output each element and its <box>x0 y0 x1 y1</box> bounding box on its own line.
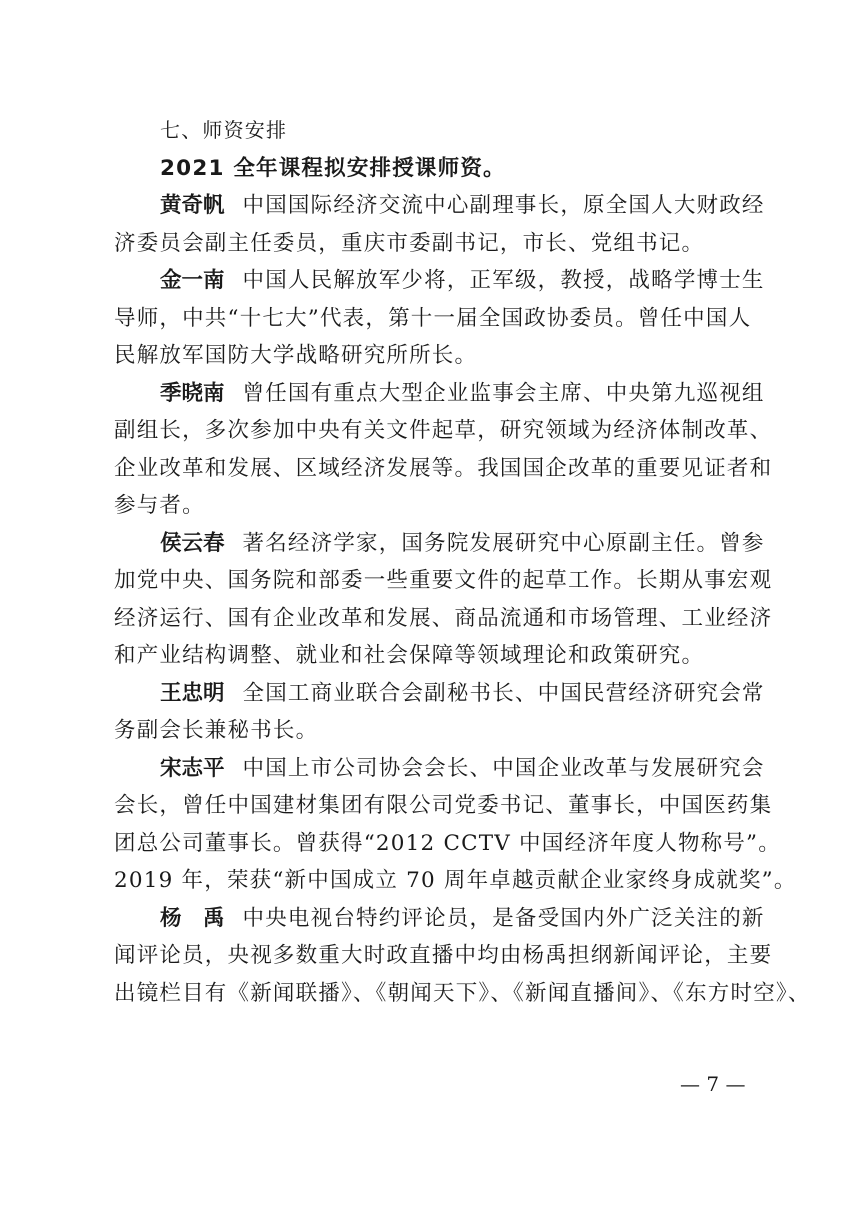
teacher-bio-line: 会长，曾任中国建材集团有限公司党委书记、董事长，中国医药集 <box>114 787 746 825</box>
teacher-bio-line: 参与者。 <box>114 487 746 525</box>
teacher-bio-line: 务副会长兼秘书长。 <box>114 712 746 750</box>
teacher-bio-line: 经济运行、国有企业改革和发展、商品流通和市场管理、工业经济 <box>114 600 746 638</box>
teacher-bio-line: 出镜栏目有《新闻联播》、《朝闻天下》、《新闻直播间》、《东方时空》、 <box>114 975 746 1013</box>
teacher-name: 季晓南 <box>160 381 225 406</box>
teacher-bio-line: 民解放军国防大学战略研究所所长。 <box>114 337 746 375</box>
teacher-name: 王忠明 <box>160 681 225 706</box>
teacher-bio-line: 曾任国有重点大型企业监事会主席、中央第九巡视组 <box>243 381 765 406</box>
teacher-entry-3: 侯云春著名经济学家，国务院发展研究中心原副主任。曾参 加党中央、国务院和部委一些… <box>114 525 746 675</box>
teacher-bio-line: 中国上市公司协会会长、中国企业改革与发展研究会 <box>243 756 765 781</box>
teacher-name: 杨 禹 <box>160 906 225 931</box>
teacher-bio-line: 团总公司董事长。曾获得“2012 CCTV 中国经济年度人物称号”。 <box>114 825 746 863</box>
teacher-bio-line: 副组长，多次参加中央有关文件起草，研究领域为经济体制改革、 <box>114 412 746 450</box>
teacher-entry-1: 金一南中国人民解放军少将，正军级，教授，战略学博士生 导师，中共“十七大”代表，… <box>114 262 746 375</box>
teacher-name: 金一南 <box>160 268 225 293</box>
intro-line: 2021 全年课程拟安排授课师资。 <box>114 150 746 188</box>
document-page: 七、师资安排 2021 全年课程拟安排授课师资。 黄奇帆中国国际经济交流中心副理… <box>114 112 746 1012</box>
teacher-name: 宋志平 <box>160 756 225 781</box>
section-heading: 七、师资安排 <box>114 112 746 150</box>
teacher-bio-line: 和产业结构调整、就业和社会保障等领域理论和政策研究。 <box>114 637 746 675</box>
teacher-entry-4: 王忠明全国工商业联合会副秘书长、中国民营经济研究会常 务副会长兼秘书长。 <box>114 675 746 750</box>
teacher-bio-line: 著名经济学家，国务院发展研究中心原副主任。曾参 <box>243 531 765 556</box>
teacher-name: 侯云春 <box>160 531 225 556</box>
teacher-name: 黄奇帆 <box>160 193 225 218</box>
teacher-entry-6: 杨 禹中央电视台特约评论员，是备受国内外广泛关注的新 闻评论员，央视多数重大时政… <box>114 900 746 1013</box>
page-number: — 7 — <box>680 1072 745 1096</box>
teacher-bio-line: 中国国际经济交流中心副理事长，原全国人大财政经 <box>243 193 765 218</box>
teacher-entry-0: 黄奇帆中国国际经济交流中心副理事长，原全国人大财政经 济委员会副主任委员，重庆市… <box>114 187 746 262</box>
teacher-bio-line: 济委员会副主任委员，重庆市委副书记，市长、党组书记。 <box>114 225 746 263</box>
teacher-bio-line: 企业改革和发展、区域经济发展等。我国国企改革的重要见证者和 <box>114 450 746 488</box>
teacher-entry-2: 季晓南曾任国有重点大型企业监事会主席、中央第九巡视组 副组长，多次参加中央有关文… <box>114 375 746 525</box>
teacher-bio-line: 全国工商业联合会副秘书长、中国民营经济研究会常 <box>243 681 765 706</box>
teacher-bio-line: 加党中央、国务院和部委一些重要文件的起草工作。长期从事宏观 <box>114 562 746 600</box>
teacher-bio-line: 2019 年，荣获“新中国成立 70 周年卓越贡献企业家终身成就奖”。 <box>114 862 746 900</box>
teacher-bio-line: 中央电视台特约评论员，是备受国内外广泛关注的新 <box>243 906 765 931</box>
teacher-bio-line: 导师，中共“十七大”代表，第十一届全国政协委员。曾任中国人 <box>114 300 746 338</box>
teacher-bio-line: 中国人民解放军少将，正军级，教授，战略学博士生 <box>243 268 765 293</box>
teacher-bio-line: 闻评论员，央视多数重大时政直播中均由杨禹担纲新闻评论，主要 <box>114 937 746 975</box>
teacher-entry-5: 宋志平中国上市公司协会会长、中国企业改革与发展研究会 会长，曾任中国建材集团有限… <box>114 750 746 900</box>
